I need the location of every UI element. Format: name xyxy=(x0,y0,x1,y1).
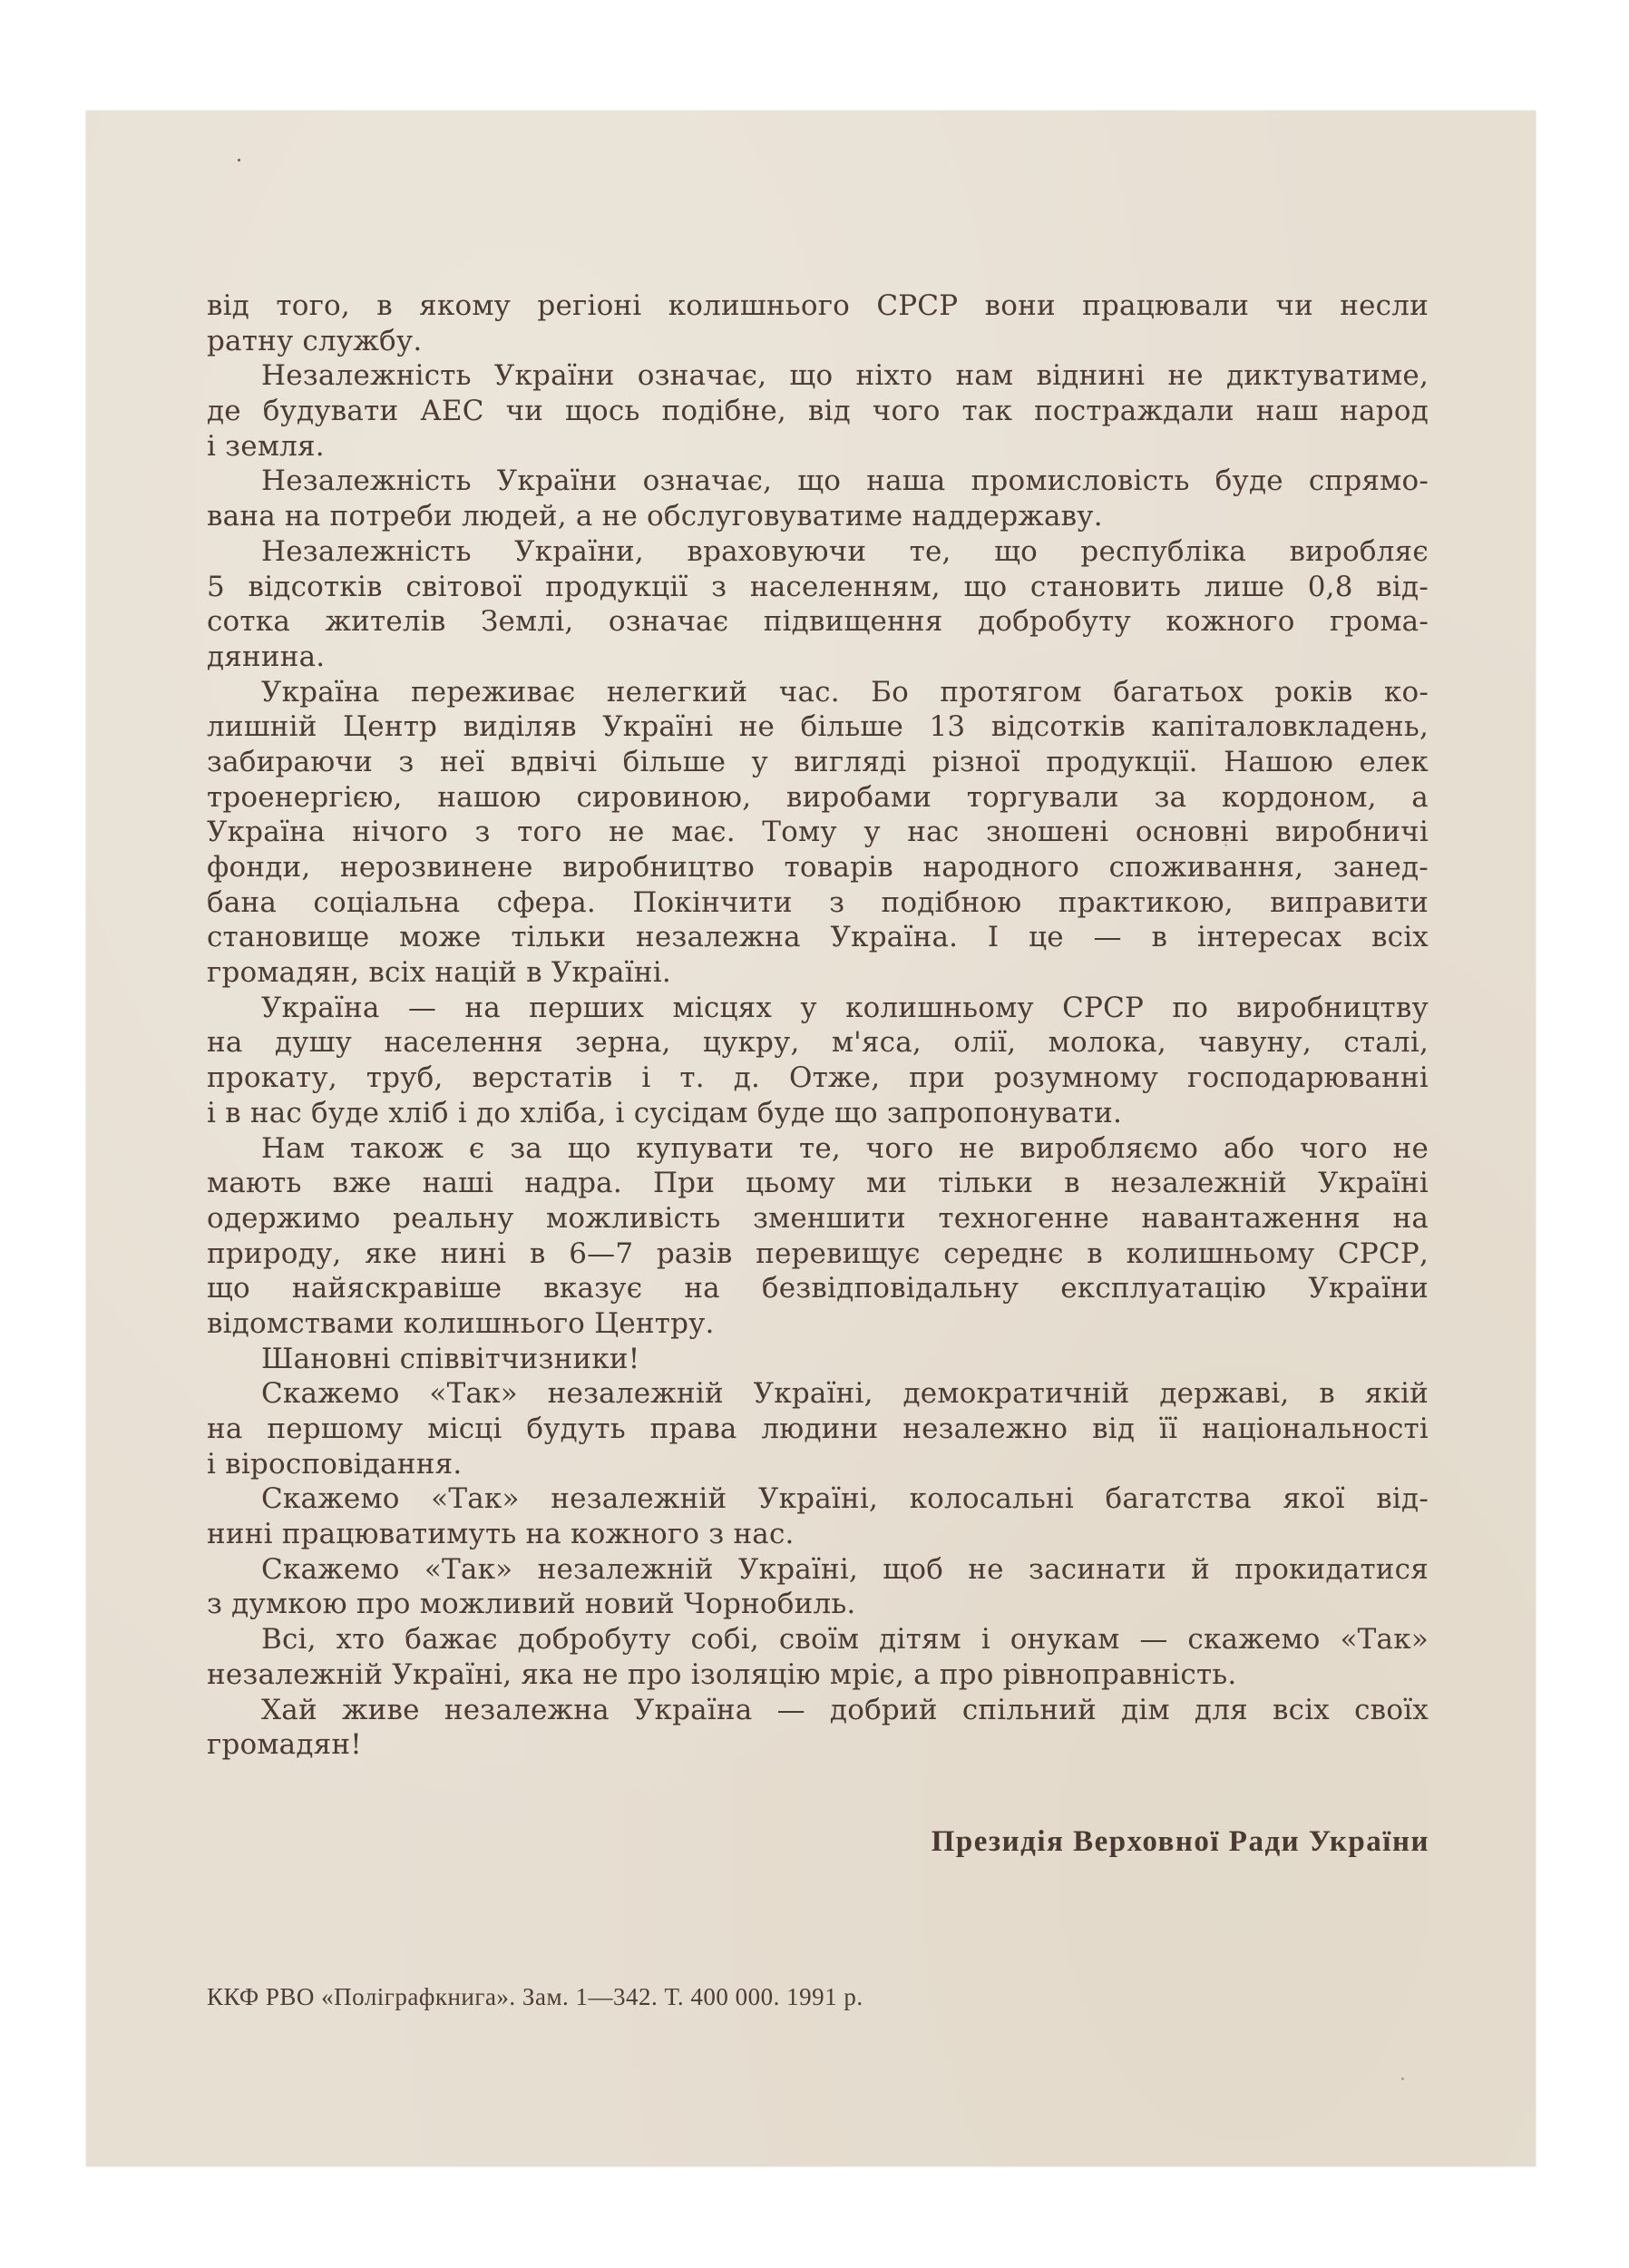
text-line: ратну службу. xyxy=(207,324,1429,359)
paragraph: Скажемо «Так» незалежній Україні, колоса… xyxy=(207,1481,1429,1551)
text-line: мають вже наші надра. При цьому ми тільк… xyxy=(207,1166,1429,1201)
paragraph: Хай живе незалежна Україна — добрий спіл… xyxy=(207,1693,1429,1763)
text-line: на першому місці будуть права людини нез… xyxy=(207,1412,1429,1447)
text-line: Незалежність України означає, що ніхто н… xyxy=(207,358,1429,394)
paper-speck xyxy=(238,159,240,161)
text-line: Україна переживає нелегкий час. Бо протя… xyxy=(207,675,1429,710)
signature: Президія Верховної Ради України xyxy=(849,1825,1429,1859)
paper-speck xyxy=(1224,844,1227,846)
text-line: Хай живе незалежна Україна — добрий спіл… xyxy=(207,1693,1429,1728)
text-line: громадян, всіх націй в Україні. xyxy=(207,955,1429,991)
text-line: Всі, хто бажає добробуту собі, своїм діт… xyxy=(207,1622,1429,1657)
paragraph: Україна переживає нелегкий час. Бо протя… xyxy=(207,675,1429,991)
text-line: вана на потреби людей, а не обслуговуват… xyxy=(207,499,1429,534)
text-line: Україна — на перших місцях у колишньому … xyxy=(207,991,1429,1026)
text-line: прокату, труб, верстатів і т. д. Отже, п… xyxy=(207,1061,1429,1096)
text-line: Скажемо «Так» незалежній Україні, щоб не… xyxy=(207,1552,1429,1588)
text-line: лишній Центр виділяв Україні не більше 1… xyxy=(207,709,1429,745)
paragraph: Незалежність України означає, що ніхто н… xyxy=(207,358,1429,464)
paragraph: Нам також є за що купувати те, чого не в… xyxy=(207,1131,1429,1342)
text-line: і в нас буде хліб і до хліба, і сусідам … xyxy=(207,1096,1429,1131)
text-line: де будувати АЕС чи щось подібне, від чог… xyxy=(207,394,1429,429)
text-line: нині працюватимуть на кожного з нас. xyxy=(207,1517,1429,1552)
text-line: громадян! xyxy=(207,1727,1429,1763)
text-line: Скажемо «Так» незалежній Україні, демокр… xyxy=(207,1376,1429,1412)
text-line: що найяскравіше вказує на безвідповідаль… xyxy=(207,1271,1429,1306)
document-body: від того, в якому регіоні колишнього СРС… xyxy=(207,288,1429,1763)
paragraph: від того, в якому регіоні колишнього СРС… xyxy=(207,288,1429,358)
text-line: незалежній Україні, яка не про ізоляцію … xyxy=(207,1657,1429,1693)
text-line: і віросповідання. xyxy=(207,1447,1429,1482)
text-line: забираючи з неї вдвічі більше у вигляді … xyxy=(207,745,1429,780)
text-line: 5 відсотків світової продукції з населен… xyxy=(207,570,1429,605)
text-line: сотка жителів Землі, означає підвищення … xyxy=(207,604,1429,640)
text-line: троенергією, нашою сировиною, виробами т… xyxy=(207,780,1429,816)
text-line: бана соціальна сфера. Покінчити з подібн… xyxy=(207,885,1429,921)
paragraph: Всі, хто бажає добробуту собі, своїм діт… xyxy=(207,1622,1429,1692)
text-line: природу, яке нині в 6—7 разів перевищує … xyxy=(207,1237,1429,1272)
text-line: одержимо реальну можливість зменшити тех… xyxy=(207,1201,1429,1237)
paragraph: Незалежність України, враховуючи те, що … xyxy=(207,534,1429,675)
text-line: з думкою про можливий новий Чорнобиль. xyxy=(207,1587,1429,1622)
paper-speck xyxy=(1401,2077,1404,2080)
text-line: фонди, нерозвинене виробництво товарів н… xyxy=(207,850,1429,885)
text-line: Скажемо «Так» незалежній Україні, колоса… xyxy=(207,1481,1429,1517)
printer-imprint: ККФ РВО «Поліграфкнига». Зам. 1—342. Т. … xyxy=(207,1983,863,2011)
paragraph: Шановні співвітчизники! xyxy=(207,1342,1429,1377)
text-line: становище може тільки незалежна Україна.… xyxy=(207,920,1429,955)
paragraph: Скажемо «Так» незалежній Україні, щоб не… xyxy=(207,1552,1429,1622)
text-line: дянина. xyxy=(207,640,1429,675)
text-line: і земля. xyxy=(207,429,1429,464)
paragraph: Україна — на перших місцях у колишньому … xyxy=(207,991,1429,1131)
paragraph: Скажемо «Так» незалежній Україні, демокр… xyxy=(207,1376,1429,1481)
text-line: від того, в якому регіоні колишнього СРС… xyxy=(207,288,1429,324)
paragraph: Незалежність України означає, що наша пр… xyxy=(207,464,1429,533)
text-line: Україна нічого з того не має. Тому у нас… xyxy=(207,815,1429,850)
text-line: Незалежність України означає, що наша пр… xyxy=(207,464,1429,499)
text-line: на душу населення зерна, цукру, м'яса, о… xyxy=(207,1025,1429,1061)
text-line: Шановні співвітчизники! xyxy=(207,1342,1429,1377)
text-line: відомствами колишнього Центру. xyxy=(207,1306,1429,1342)
text-line: Нам також є за що купувати те, чого не в… xyxy=(207,1131,1429,1167)
text-line: Незалежність України, враховуючи те, що … xyxy=(207,534,1429,570)
